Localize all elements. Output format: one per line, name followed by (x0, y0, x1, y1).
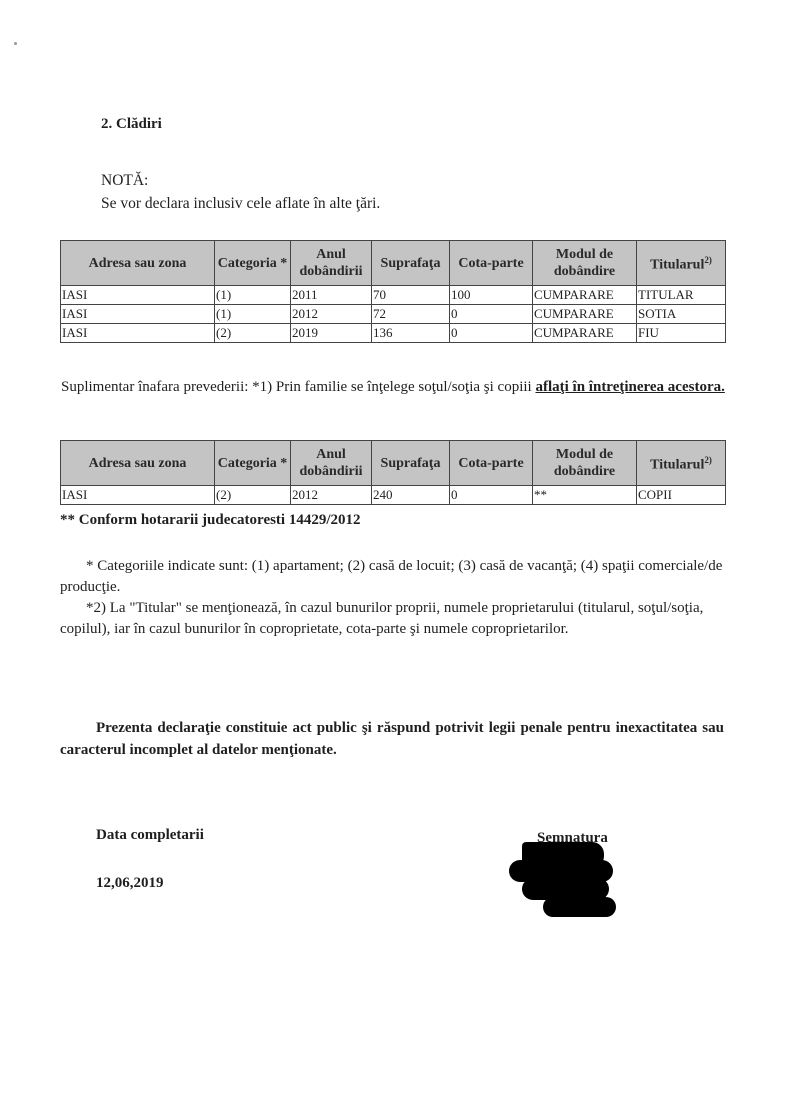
cell-suprafata: 240 (372, 486, 450, 505)
header-modul: Modul de dobândire (533, 241, 637, 286)
titular-note: *2) La "Titular" se menţionează, în cazu… (60, 598, 726, 640)
cell-adresa: IASI (61, 286, 215, 305)
header-titularul-sup: 2) (704, 455, 712, 465)
cell-categoria: (1) (215, 305, 291, 324)
header-cota: Cota-parte (450, 441, 533, 486)
legal-declaration: Prezenta declaraţie constituie act publi… (60, 717, 724, 761)
date-value: 12,06,2019 (96, 875, 164, 892)
table-row: IASI (2) 2012 240 0 ** COPII (61, 486, 726, 505)
supplement-note: Suplimentar înafara prevederii: *1) Prin… (61, 377, 725, 398)
cell-modul: CUMPARARE (533, 324, 637, 343)
cell-cota: 0 (450, 305, 533, 324)
buildings-table-supplement: Adresa sau zona Categoria * Anul dobândi… (60, 440, 726, 505)
table-header-row: Adresa sau zona Categoria * Anul dobândi… (61, 241, 726, 286)
cell-titular: SOTIA (637, 305, 726, 324)
header-anul: Anul dobândirii (291, 241, 372, 286)
header-titularul-sup: 2) (704, 255, 712, 265)
cell-titular: COPII (637, 486, 726, 505)
cell-categoria: (2) (215, 486, 291, 505)
cell-anul: 2011 (291, 286, 372, 305)
cell-suprafata: 136 (372, 324, 450, 343)
cell-modul: ** (533, 486, 637, 505)
categories-note: * Categoriile indicate sunt: (1) apartam… (60, 556, 726, 598)
nota-text: Se vor declara inclusiv cele aflate în a… (101, 195, 380, 213)
header-adresa: Adresa sau zona (61, 441, 215, 486)
cell-modul: CUMPARARE (533, 286, 637, 305)
cell-suprafata: 72 (372, 305, 450, 324)
cell-anul: 2012 (291, 486, 372, 505)
cell-titular: FIU (637, 324, 726, 343)
cell-anul: 2019 (291, 324, 372, 343)
header-titularul-label: Titularul (650, 458, 704, 473)
supplement-text: Suplimentar înafara prevederii: *1) Prin… (61, 379, 535, 395)
table-row: IASI (1) 2012 72 0 CUMPARARE SOTIA (61, 305, 726, 324)
table-header-row: Adresa sau zona Categoria * Anul dobândi… (61, 441, 726, 486)
cell-cota: 0 (450, 324, 533, 343)
cell-cota: 0 (450, 486, 533, 505)
date-label: Data completarii (96, 827, 204, 844)
cell-categoria: (2) (215, 324, 291, 343)
header-adresa: Adresa sau zona (61, 241, 215, 286)
header-titularul: Titularul2) (637, 441, 726, 486)
cell-categoria: (1) (215, 286, 291, 305)
cell-cota: 100 (450, 286, 533, 305)
header-anul: Anul dobândirii (291, 441, 372, 486)
table-row: IASI (1) 2011 70 100 CUMPARARE TITULAR (61, 286, 726, 305)
cell-modul: CUMPARARE (533, 305, 637, 324)
cell-adresa: IASI (61, 486, 215, 505)
cell-suprafata: 70 (372, 286, 450, 305)
table-row: IASI (2) 2019 136 0 CUMPARARE FIU (61, 324, 726, 343)
header-titularul-label: Titularul (650, 258, 704, 273)
court-decision-footnote: ** Conform hotararii judecatoresti 14429… (60, 512, 361, 529)
cell-anul: 2012 (291, 305, 372, 324)
redaction-block (543, 897, 616, 917)
cell-titular: TITULAR (637, 286, 726, 305)
buildings-table: Adresa sau zona Categoria * Anul dobândi… (60, 240, 726, 343)
header-suprafata: Suprafaţa (372, 241, 450, 286)
supplement-emphasis: aflaţi în întreţinerea acestora. (535, 379, 724, 395)
section-heading: 2. Clădiri (101, 116, 162, 133)
header-modul: Modul de dobândire (533, 441, 637, 486)
header-titularul: Titularul2) (637, 241, 726, 286)
nota-label: NOTĂ: (101, 172, 148, 190)
scan-speck (14, 42, 17, 45)
footnotes: * Categoriile indicate sunt: (1) apartam… (60, 556, 726, 640)
cell-adresa: IASI (61, 305, 215, 324)
header-categoria: Categoria * (215, 441, 291, 486)
header-categoria: Categoria * (215, 241, 291, 286)
cell-adresa: IASI (61, 324, 215, 343)
header-cota: Cota-parte (450, 241, 533, 286)
header-suprafata: Suprafaţa (372, 441, 450, 486)
